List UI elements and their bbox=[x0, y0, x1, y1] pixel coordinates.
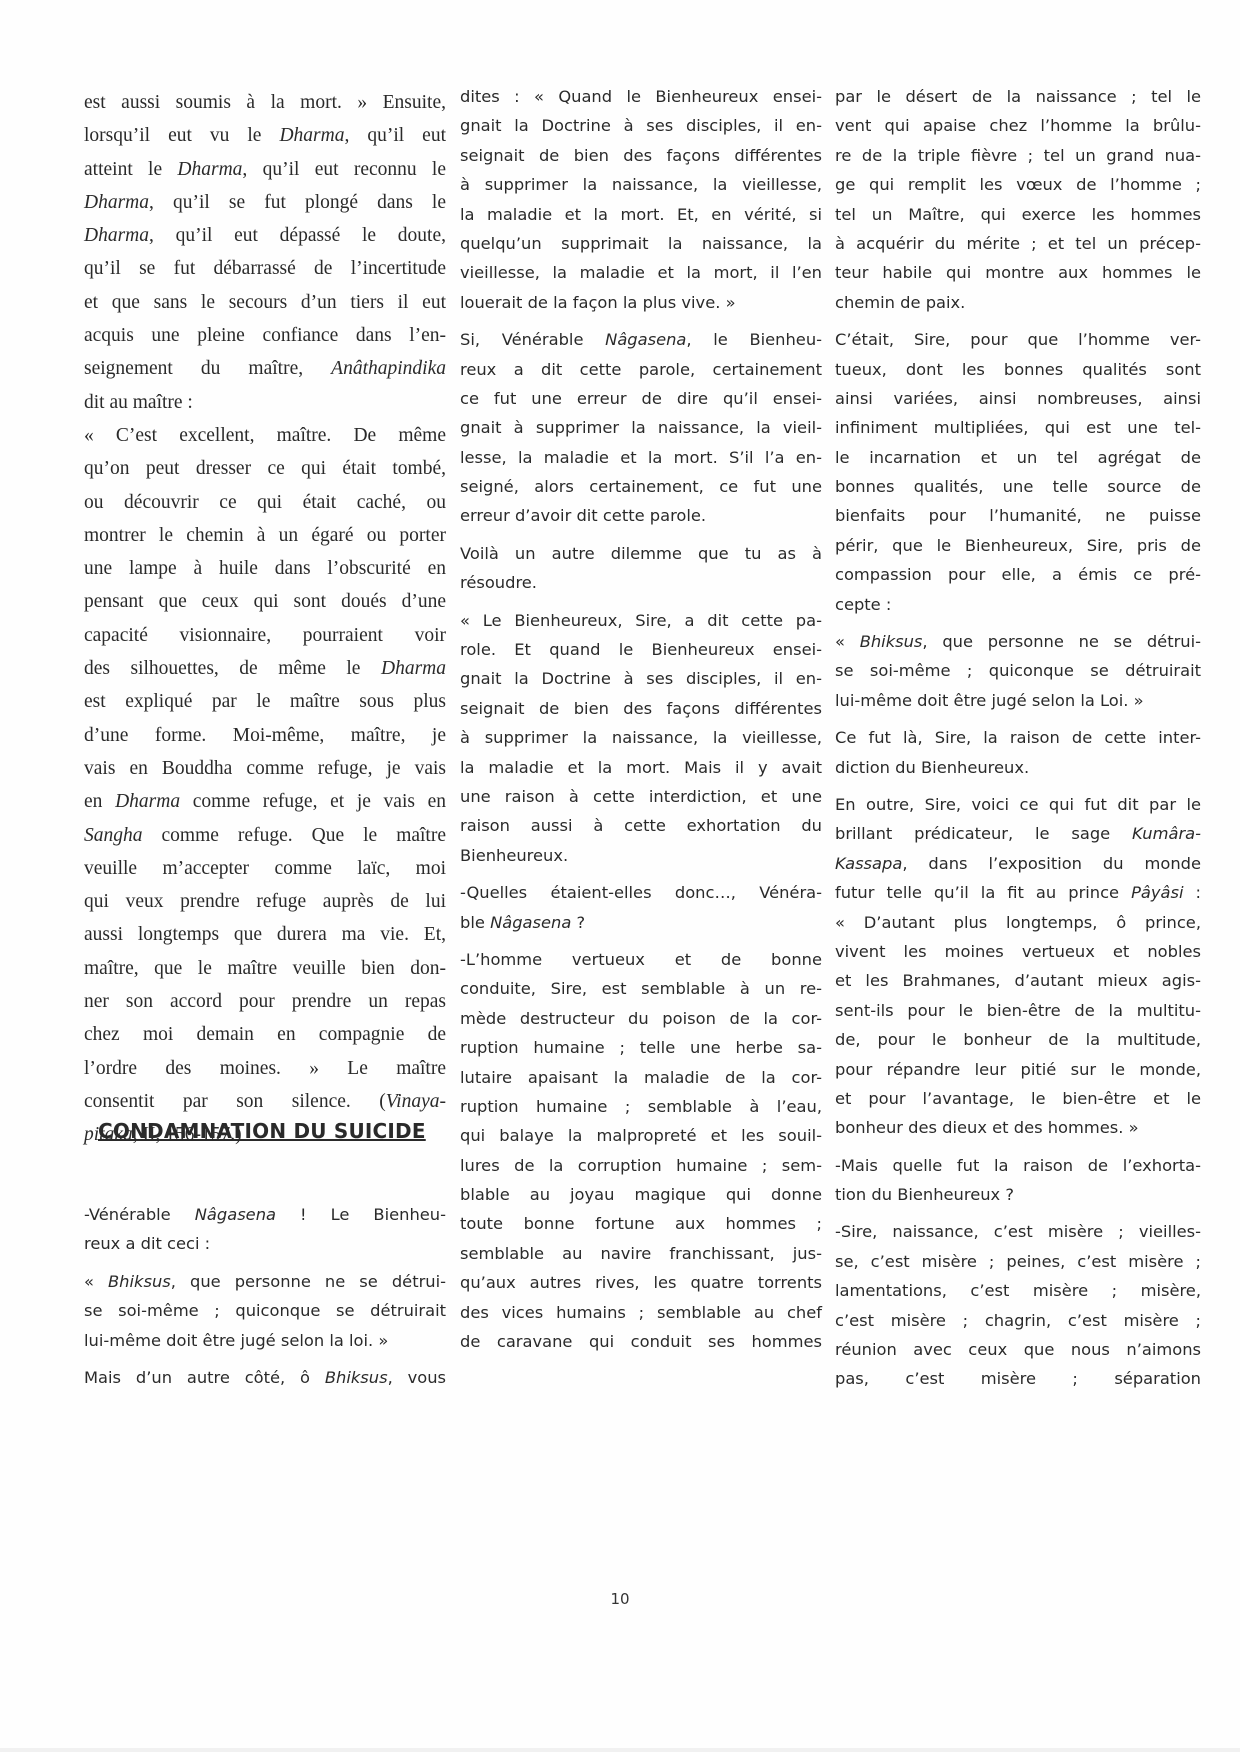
text-line: « C’est excellent, maître. De même bbox=[84, 419, 446, 452]
text-line: pas, c’est misère ; séparation bbox=[835, 1364, 1201, 1393]
text-line: seignement du maître, Anâthapindika bbox=[84, 352, 446, 385]
text-line: lures de la corruption humaine ; sem- bbox=[460, 1151, 822, 1180]
text-line: teur habile qui montre aux hommes le bbox=[835, 258, 1201, 287]
text-line: périr, que le Bienheureux, Sire, pris de bbox=[835, 531, 1201, 560]
text-line: atteint le Dharma, qu’il eut reconnu le bbox=[84, 153, 446, 186]
text-line: bonheur des dieux et des hommes. » bbox=[835, 1113, 1201, 1142]
paragraph-kumara-kassapa: En outre, Sire, voici ce qui fut dit par… bbox=[835, 790, 1201, 1143]
text-line: lutaire apaisant la maladie de la cor- bbox=[460, 1063, 822, 1092]
text-line: vivent les moines vertueux et nobles bbox=[835, 937, 1201, 966]
text-line: ainsi variées, ainsi nombreuses, ainsi bbox=[835, 384, 1201, 413]
text-line: bienfaits pour l’humanité, ne puisse bbox=[835, 501, 1201, 530]
text-line: C’était, Sire, pour que l’homme ver- bbox=[835, 325, 1201, 354]
text-line: compassion pour elle, a émis ce pré- bbox=[835, 560, 1201, 589]
text-line: gnait la Doctrine à ses disciples, il en… bbox=[460, 111, 822, 140]
column-2: dites : « Quand le Bienheureux ensei-gna… bbox=[460, 82, 822, 1364]
text-line: qu’il se fut débarrassé de l’incertitude bbox=[84, 252, 446, 285]
paragraph-bhiksus-quote: « Bhiksus, que personne ne se détrui-se … bbox=[84, 1267, 446, 1355]
text-line: erreur d’avoir dit cette parole. bbox=[460, 501, 822, 530]
text-line: ge qui remplit les vœux de l’homme ; bbox=[835, 170, 1201, 199]
text-line: quelqu’un supprimait la naissance, la bbox=[460, 229, 822, 258]
text-line: gnait la Doctrine à ses disciples, il en… bbox=[460, 664, 822, 693]
text-line: « Bhiksus, que personne ne se détrui- bbox=[835, 627, 1201, 656]
text-line: qu’aux autres rives, les quatre torrents bbox=[460, 1268, 822, 1297]
paragraph-homme-vertueux: -L’homme vertueux et de bonneconduite, S… bbox=[460, 945, 822, 1356]
document-page: est aussi soumis à la mort. » Ensuite,lo… bbox=[0, 0, 1240, 1752]
text-line: Dharma, qu’il se fut plongé dans le bbox=[84, 186, 446, 219]
text-line: diction du Bienheureux. bbox=[835, 753, 1201, 782]
paragraph-cetait-sire: C’était, Sire, pour que l’homme ver-tueu… bbox=[835, 325, 1201, 619]
text-line: lesse, la maladie et la mort. S’il l’a e… bbox=[460, 443, 822, 472]
text-line: est expliqué par le maître sous plus bbox=[84, 685, 446, 718]
text-line: « D’autant plus longtemps, ô prince, bbox=[835, 908, 1201, 937]
text-line: vent qui apaise chez l’homme la brûlu- bbox=[835, 111, 1201, 140]
text-line: Mais d’un autre côté, ô Bhiksus, vous bbox=[84, 1363, 446, 1392]
text-line: qui balaye la malpropreté et les souil- bbox=[460, 1121, 822, 1150]
text-line: lui-même doit être jugé selon la Loi. » bbox=[835, 686, 1201, 715]
text-line: et les Brahmanes, d’autant mieux agis- bbox=[835, 966, 1201, 995]
column-1: est aussi soumis à la mort. » Ensuite,lo… bbox=[84, 86, 446, 1188]
text-line: est aussi soumis à la mort. » Ensuite, bbox=[84, 86, 446, 119]
text-line: futur telle qu’il la fit au prince Pâyâs… bbox=[835, 878, 1201, 907]
text-line: conduite, Sire, est semblable à un re- bbox=[460, 974, 822, 1003]
text-line: à acquérir du mérite ; et tel un précep- bbox=[835, 229, 1201, 258]
text-line: reux a dit ceci : bbox=[84, 1229, 446, 1258]
text-line: maître, que le maître veuille bien don- bbox=[84, 952, 446, 985]
text-line: et pour l’avantage, le bien-être et le bbox=[835, 1084, 1201, 1113]
paragraph-quelles-etaient-elles: -Quelles étaient-elles donc…, Vénéra-ble… bbox=[460, 878, 822, 937]
text-line: -Mais quelle fut la raison de l’exhorta- bbox=[835, 1151, 1201, 1180]
section-heading-block: CONDAMNATION DU SUICIDE bbox=[84, 1116, 446, 1146]
text-line: re de la triple fièvre ; tel un grand nu… bbox=[835, 141, 1201, 170]
scan-edge bbox=[0, 1748, 1240, 1752]
text-line: Kassapa, dans l’exposition du monde bbox=[835, 849, 1201, 878]
column-3: par le désert de la naissance ; tel leve… bbox=[835, 82, 1201, 1402]
text-line: cepte : bbox=[835, 590, 1201, 619]
text-line: le incarnation et un tel agrégat de bbox=[835, 443, 1201, 472]
text-line: Bienheureux. bbox=[460, 841, 822, 870]
text-line: vieillesse, la maladie et la mort, il l’… bbox=[460, 258, 822, 287]
text-line: louerait de la façon la plus vive. » bbox=[460, 288, 822, 317]
text-line: réunion avec ceux que nous n’aimons bbox=[835, 1335, 1201, 1364]
text-line: tel un Maître, qui exerce les hommes bbox=[835, 200, 1201, 229]
paragraph-anathapindika-intro: est aussi soumis à la mort. » Ensuite,lo… bbox=[84, 86, 446, 419]
text-line: Si, Vénérable Nâgasena, le Bienheu- bbox=[460, 325, 822, 354]
text-line: pensant que ceux qui sont doués d’une bbox=[84, 585, 446, 618]
text-line: pour répandre leur pitié sur le monde, bbox=[835, 1055, 1201, 1084]
text-line: Voilà un autre dilemme que tu as à bbox=[460, 539, 822, 568]
paragraph-reponse-bienheureux: « Le Bienheureux, Sire, a dit cette pa-r… bbox=[460, 606, 822, 871]
text-line: la maladie et la mort. Mais il y avait bbox=[460, 753, 822, 782]
paragraph-raison-interdiction: Ce fut là, Sire, la raison de cette inte… bbox=[835, 723, 1201, 782]
text-line: ou découvrir ce qui était caché, ou bbox=[84, 486, 446, 519]
paragraph-venerable-nagasena: -Vénérable Nâgasena ! Le Bienheu-reux a … bbox=[84, 1200, 446, 1259]
text-line: une raison à cette interdiction, et une bbox=[460, 782, 822, 811]
text-line: d’une forme. Moi-même, maître, je bbox=[84, 719, 446, 752]
text-line: Ce fut là, Sire, la raison de cette inte… bbox=[835, 723, 1201, 752]
text-line: chemin de paix. bbox=[835, 288, 1201, 317]
text-line: par le désert de la naissance ; tel le bbox=[835, 82, 1201, 111]
text-line: la maladie et la mort. Et, en vérité, si bbox=[460, 200, 822, 229]
text-line: ner son accord pour prendre un repas bbox=[84, 985, 446, 1018]
text-line: une lampe à huile dans l’obscurité en bbox=[84, 552, 446, 585]
paragraph-voila-dilemme: Voilà un autre dilemme que tu as àrésoud… bbox=[460, 539, 822, 598]
paragraph-anathapindika-quote: « C’est excellent, maître. De mêmequ’on … bbox=[84, 419, 446, 1152]
text-line: qui veux prendre refuge auprès de lui bbox=[84, 885, 446, 918]
text-line: se soi-même ; quiconque se détruirait bbox=[835, 656, 1201, 685]
text-line: de, pour le bonheur de la multitude, bbox=[835, 1025, 1201, 1054]
text-line: reux a dit cette parole, certainement bbox=[460, 355, 822, 384]
text-line: raison aussi à cette exhortation du bbox=[460, 811, 822, 840]
text-line: bonnes qualités, une telle source de bbox=[835, 472, 1201, 501]
text-line: -Quelles étaient-elles donc…, Vénéra- bbox=[460, 878, 822, 907]
paragraph-quand-le-bienheureux: dites : « Quand le Bienheureux ensei-gna… bbox=[460, 82, 822, 317]
text-line: et que sans le secours d’un tiers il eut bbox=[84, 286, 446, 319]
text-line: de caravane qui conduit ses hommes bbox=[460, 1327, 822, 1356]
text-line: l’ordre des moines. » Le maître bbox=[84, 1052, 446, 1085]
text-line: qu’on peut dresser ce qui était tombé, bbox=[84, 452, 446, 485]
text-line: -Sire, naissance, c’est misère ; vieille… bbox=[835, 1217, 1201, 1246]
text-line: c’est misère ; chagrin, c’est misère ; bbox=[835, 1306, 1201, 1335]
text-line: brillant prédicateur, le sage Kumâra- bbox=[835, 819, 1201, 848]
paragraph-si-venerable: Si, Vénérable Nâgasena, le Bienheu-reux … bbox=[460, 325, 822, 531]
text-line: -L’homme vertueux et de bonne bbox=[460, 945, 822, 974]
text-line: tion du Bienheureux ? bbox=[835, 1180, 1201, 1209]
text-line: ruption humaine ; semblable à l’eau, bbox=[460, 1092, 822, 1121]
text-line: seignait de bien des façons différentes bbox=[460, 694, 822, 723]
text-line: des vices humains ; semblable au chef bbox=[460, 1298, 822, 1327]
section-heading: CONDAMNATION DU SUICIDE bbox=[98, 1116, 446, 1146]
text-line: dit au maître : bbox=[84, 386, 446, 419]
text-line: role. Et quand le Bienheureux ensei- bbox=[460, 635, 822, 664]
text-line: sent-ils pour le bien-être de la multitu… bbox=[835, 996, 1201, 1025]
text-line: seigné, alors certainement, ce fut une bbox=[460, 472, 822, 501]
text-line: seignait de bien des façons différentes bbox=[460, 141, 822, 170]
text-line: des silhouettes, de même le Dharma bbox=[84, 652, 446, 685]
text-line: acquis une pleine confiance dans l’en- bbox=[84, 319, 446, 352]
text-line: « Bhiksus, que personne ne se détrui- bbox=[84, 1267, 446, 1296]
text-line: dites : « Quand le Bienheureux ensei- bbox=[460, 82, 822, 111]
text-line: Dharma, qu’il eut dépassé le doute, bbox=[84, 219, 446, 252]
text-line: gnait à supprimer la naissance, la vieil… bbox=[460, 413, 822, 442]
text-line: consentit par son silence. (Vinaya- bbox=[84, 1085, 446, 1118]
paragraph-desert-naissance: par le désert de la naissance ; tel leve… bbox=[835, 82, 1201, 317]
text-line: blable au joyau magique qui donne bbox=[460, 1180, 822, 1209]
text-line: vais en Bouddha comme refuge, je vais bbox=[84, 752, 446, 785]
text-line: -Vénérable Nâgasena ! Le Bienheu- bbox=[84, 1200, 446, 1229]
text-line: à supprimer la naissance, la vieillesse, bbox=[460, 170, 822, 199]
text-line: mède destructeur du poison de la cor- bbox=[460, 1004, 822, 1033]
text-line: lamentations, c’est misère ; misère, bbox=[835, 1276, 1201, 1305]
text-line: semblable au navire franchissant, jus- bbox=[460, 1239, 822, 1268]
paragraph-mais-dun-autre-cote: Mais d’un autre côté, ô Bhiksus, vous bbox=[84, 1363, 446, 1392]
text-line: Sangha comme refuge. Que le maître bbox=[84, 819, 446, 852]
column-1-after-heading: -Vénérable Nâgasena ! Le Bienheu-reux a … bbox=[84, 1200, 446, 1400]
text-line: ce fut une erreur de dire qu’il ensei- bbox=[460, 384, 822, 413]
text-line: chez moi demain en compagnie de bbox=[84, 1018, 446, 1051]
text-line: montrer le chemin à un égaré ou porter bbox=[84, 519, 446, 552]
text-line: tueux, dont les bonnes qualités sont bbox=[835, 355, 1201, 384]
text-line: à supprimer la naissance, la vieillesse, bbox=[460, 723, 822, 752]
text-line: « Le Bienheureux, Sire, a dit cette pa- bbox=[460, 606, 822, 635]
paragraph-raison-exhortation: -Mais quelle fut la raison de l’exhorta-… bbox=[835, 1151, 1201, 1210]
text-line: aussi longtemps que durera ma vie. Et, bbox=[84, 918, 446, 951]
text-line: infiniment multipliées, qui est une tel- bbox=[835, 413, 1201, 442]
paragraph-bhiksus-loi: « Bhiksus, que personne ne se détrui-se … bbox=[835, 627, 1201, 715]
page-number: 10 bbox=[0, 1590, 1240, 1608]
text-line: ruption humaine ; telle une herbe sa- bbox=[460, 1033, 822, 1062]
text-line: toute bonne fortune aux hommes ; bbox=[460, 1209, 822, 1238]
text-line: en Dharma comme refuge, et je vais en bbox=[84, 785, 446, 818]
text-line: se soi-même ; quiconque se détruirait bbox=[84, 1296, 446, 1325]
text-line: lorsqu’il eut vu le Dharma, qu’il eut bbox=[84, 119, 446, 152]
paragraph-naissance-misere: -Sire, naissance, c’est misère ; vieille… bbox=[835, 1217, 1201, 1393]
text-line: se, c’est misère ; peines, c’est misère … bbox=[835, 1247, 1201, 1276]
text-line: ble Nâgasena ? bbox=[460, 908, 822, 937]
text-line: résoudre. bbox=[460, 568, 822, 597]
text-line: capacité visionnaire, pourraient voir bbox=[84, 619, 446, 652]
text-line: veuille m’accepter comme laïc, moi bbox=[84, 852, 446, 885]
text-line: En outre, Sire, voici ce qui fut dit par… bbox=[835, 790, 1201, 819]
text-line: lui-même doit être jugé selon la loi. » bbox=[84, 1326, 446, 1355]
